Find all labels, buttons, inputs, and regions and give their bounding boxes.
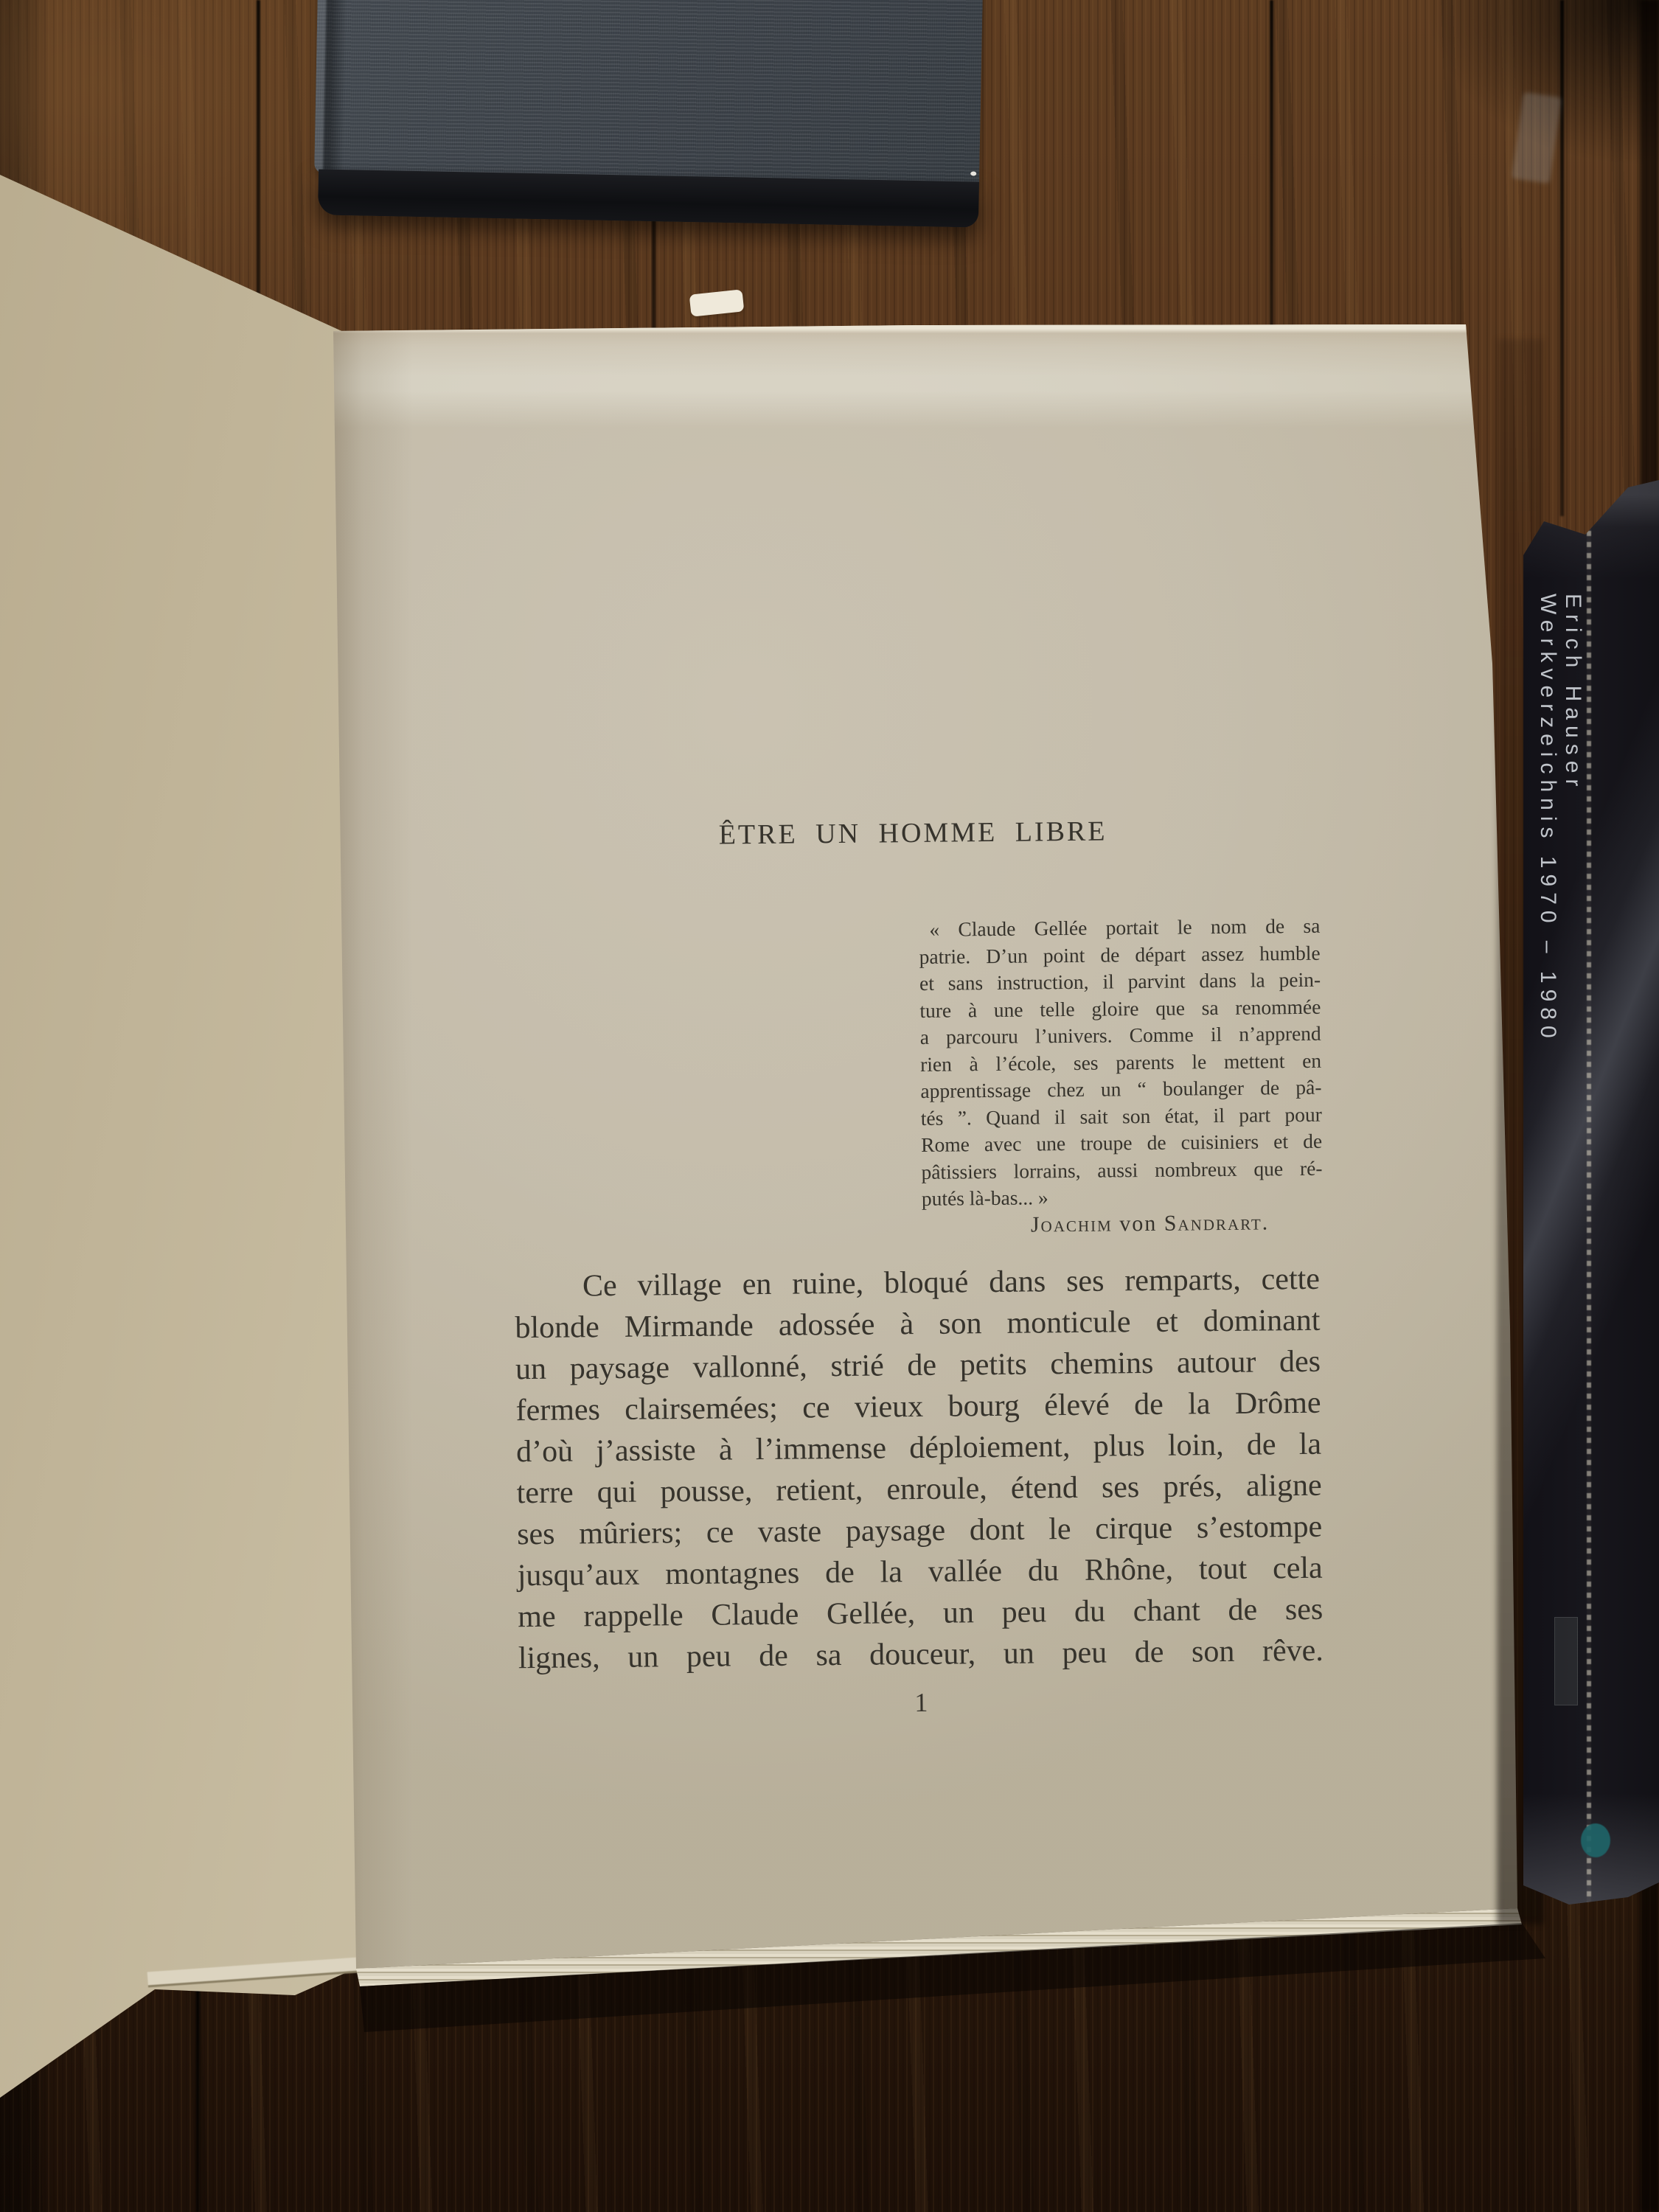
spine-text: Erich Hauser Werkverzeichnis 1970 – 1980 xyxy=(1535,594,1585,1700)
plank-seam xyxy=(1270,0,1273,347)
top-book xyxy=(313,0,983,231)
paragraph-line: un paysage vallonné, strié de petits che… xyxy=(515,1341,1321,1390)
paragraph-line: lignes, un peu de sa douceur, un peu de … xyxy=(518,1630,1324,1679)
teal-sticker xyxy=(1581,1823,1610,1857)
paragraph-line: Ce village en ruine, bloqué dans ses rem… xyxy=(515,1259,1320,1307)
top-book-cloth-cover xyxy=(314,0,983,187)
quote-line: tés ”. Quand il sait son état, il part p… xyxy=(921,1101,1322,1132)
quote-line: « Claude Gellée portait le nom de sa xyxy=(919,913,1320,944)
paragraph-line: terre qui pousse, retient, enroule, éten… xyxy=(516,1465,1321,1514)
spine-author: Erich Hauser xyxy=(1560,594,1585,1700)
quote-line: Rome avec une troupe de cuisiniers et de xyxy=(921,1128,1322,1159)
quote-line: pâtissiers lorrains, aussi nombreux que … xyxy=(921,1155,1322,1186)
printed-text-block: ÊTRE UN HOMME LIBRE « Claude Gellée port… xyxy=(510,807,1324,1766)
plank-seam xyxy=(1560,0,1564,516)
epigraph-quote: « Claude Gellée portait le nom de sa pat… xyxy=(919,913,1323,1213)
quote-attribution: Joachim von Sandrart. xyxy=(1031,1210,1270,1237)
attribution-particle: von xyxy=(1119,1211,1157,1236)
quote-line: patrie. D’un point de départ assez humbl… xyxy=(919,939,1321,970)
top-book-wear-mark xyxy=(970,171,976,175)
chapter-title: ÊTRE UN HOMME LIBRE xyxy=(510,813,1315,853)
paragraph-line: ses mûriers; ce vaste paysage dont le ci… xyxy=(517,1506,1322,1555)
spine-wear-crease xyxy=(1587,476,1591,1907)
spine-label xyxy=(1554,1617,1578,1705)
page-number: 1 xyxy=(518,1683,1324,1722)
paragraph-line: d’où j’assiste à l’immense déploiement, … xyxy=(516,1424,1321,1472)
quote-line: a parcouru l’univers. Comme il n’apprend xyxy=(920,1020,1321,1051)
quote-line: putés là-bas... » xyxy=(922,1182,1323,1213)
attribution-last-name: Sandrart. xyxy=(1164,1210,1270,1235)
paragraph-line: jusqu’aux montagnes de la vallée du Rhôn… xyxy=(517,1548,1322,1596)
main-paragraph: Ce village en ruine, bloqué dans ses rem… xyxy=(515,1259,1324,1679)
spine-title: Werkverzeichnis 1970 – 1980 xyxy=(1535,594,1560,1700)
paragraph-line: fermes clairsemées; ce vieux bourg élevé… xyxy=(515,1382,1321,1431)
quote-line: rien à l’école, ses parents le mettent e… xyxy=(920,1047,1321,1078)
quote-line: et sans instruction, il parvint dans la … xyxy=(919,967,1321,998)
quote-line: ture à une telle gloire que sa renommée xyxy=(919,993,1321,1024)
erich-hauser-book: Erich Hauser Werkverzeichnis 1970 – 1980 xyxy=(1523,476,1659,1907)
attribution-first-name: Joachim xyxy=(1031,1211,1113,1237)
paragraph-line: blonde Mirmande adossée à son monticule … xyxy=(515,1300,1320,1349)
quote-line: apprentissage chez un “ boulanger de pâ- xyxy=(920,1074,1321,1105)
tape-mark xyxy=(1512,92,1562,184)
paragraph-line: me rappelle Claude Gellée, un peu du cha… xyxy=(518,1589,1323,1638)
